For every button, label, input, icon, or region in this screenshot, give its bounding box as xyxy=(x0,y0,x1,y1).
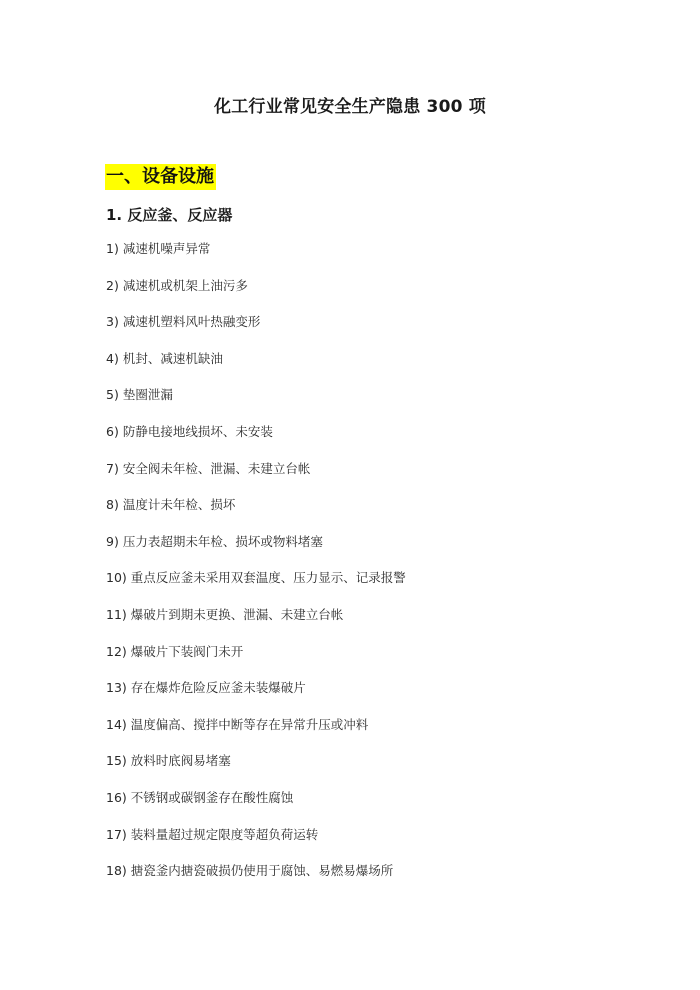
list-item: 5)垫圈泄漏 xyxy=(106,386,406,423)
item-number: 1) xyxy=(106,241,119,256)
item-text: 安全阀未年检、泄漏、未建立台帐 xyxy=(123,461,311,476)
item-number: 6) xyxy=(106,424,119,439)
item-text: 温度计未年检、损坏 xyxy=(123,497,236,512)
item-number: 12) xyxy=(106,644,127,659)
list-item: 16)不锈钢或碳钢釜存在酸性腐蚀 xyxy=(106,789,406,826)
item-text: 放料时底阀易堵塞 xyxy=(131,753,231,768)
list-item: 12)爆破片下装阀门未开 xyxy=(106,643,406,680)
item-text: 防静电接地线损坏、未安装 xyxy=(123,424,273,439)
document-page: 化工行业常见安全生产隐患 300 项 一、设备设施 1. 反应釜、反应器 1)减… xyxy=(0,0,700,990)
item-text: 不锈钢或碳钢釜存在酸性腐蚀 xyxy=(131,790,294,805)
item-text: 爆破片到期未更换、泄漏、未建立台帐 xyxy=(131,607,344,622)
item-text: 温度偏高、搅拌中断等存在异常升压或冲料 xyxy=(131,717,369,732)
list-item: 6)防静电接地线损坏、未安装 xyxy=(106,423,406,460)
list-item: 4)机封、减速机缺油 xyxy=(106,350,406,387)
list-item: 13)存在爆炸危险反应釜未装爆破片 xyxy=(106,679,406,716)
item-number: 2) xyxy=(106,278,119,293)
list-item: 2)减速机或机架上油污多 xyxy=(106,277,406,314)
item-number: 7) xyxy=(106,461,119,476)
item-text: 减速机或机架上油污多 xyxy=(123,278,248,293)
hazard-list: 1)减速机噪声异常 2)减速机或机架上油污多 3)减速机塑料风叶热融变形 4)机… xyxy=(106,240,406,899)
list-item: 1)减速机噪声异常 xyxy=(106,240,406,277)
document-title: 化工行业常见安全生产隐患 300 项 xyxy=(0,92,700,117)
item-number: 5) xyxy=(106,387,119,402)
item-number: 3) xyxy=(106,314,119,329)
list-item: 18)搪瓷釜内搪瓷破损仍使用于腐蚀、易燃易爆场所 xyxy=(106,862,406,899)
list-item: 10)重点反应釜未采用双套温度、压力显示、记录报警 xyxy=(106,569,406,606)
list-item: 15)放料时底阀易堵塞 xyxy=(106,752,406,789)
item-text: 减速机噪声异常 xyxy=(123,241,211,256)
list-item: 9)压力表超期未年检、损坏或物料堵塞 xyxy=(106,533,406,570)
list-item: 11)爆破片到期未更换、泄漏、未建立台帐 xyxy=(106,606,406,643)
item-number: 18) xyxy=(106,863,127,878)
item-text: 存在爆炸危险反应釜未装爆破片 xyxy=(131,680,306,695)
item-text: 垫圈泄漏 xyxy=(123,387,173,402)
item-number: 16) xyxy=(106,790,127,805)
item-number: 11) xyxy=(106,607,127,622)
item-text: 爆破片下装阀门未开 xyxy=(131,644,244,659)
item-text: 机封、减速机缺油 xyxy=(123,351,223,366)
subsection-heading-reactor: 1. 反应釜、反应器 xyxy=(106,204,232,225)
item-number: 10) xyxy=(106,570,127,585)
item-text: 搪瓷釜内搪瓷破损仍使用于腐蚀、易燃易爆场所 xyxy=(131,863,394,878)
item-number: 4) xyxy=(106,351,119,366)
item-text: 压力表超期未年检、损坏或物料堵塞 xyxy=(123,534,323,549)
item-text: 减速机塑料风叶热融变形 xyxy=(123,314,261,329)
list-item: 14)温度偏高、搅拌中断等存在异常升压或冲料 xyxy=(106,716,406,753)
section-heading-equipment: 一、设备设施 xyxy=(105,164,216,190)
item-number: 17) xyxy=(106,827,127,842)
list-item: 3)减速机塑料风叶热融变形 xyxy=(106,313,406,350)
item-number: 14) xyxy=(106,717,127,732)
item-text: 装料量超过规定限度等超负荷运转 xyxy=(131,827,319,842)
item-number: 13) xyxy=(106,680,127,695)
list-item: 8)温度计未年检、损坏 xyxy=(106,496,406,533)
list-item: 17)装料量超过规定限度等超负荷运转 xyxy=(106,826,406,863)
item-text: 重点反应釜未采用双套温度、压力显示、记录报警 xyxy=(131,570,406,585)
item-number: 15) xyxy=(106,753,127,768)
list-item: 7)安全阀未年检、泄漏、未建立台帐 xyxy=(106,460,406,497)
item-number: 8) xyxy=(106,497,119,512)
item-number: 9) xyxy=(106,534,119,549)
